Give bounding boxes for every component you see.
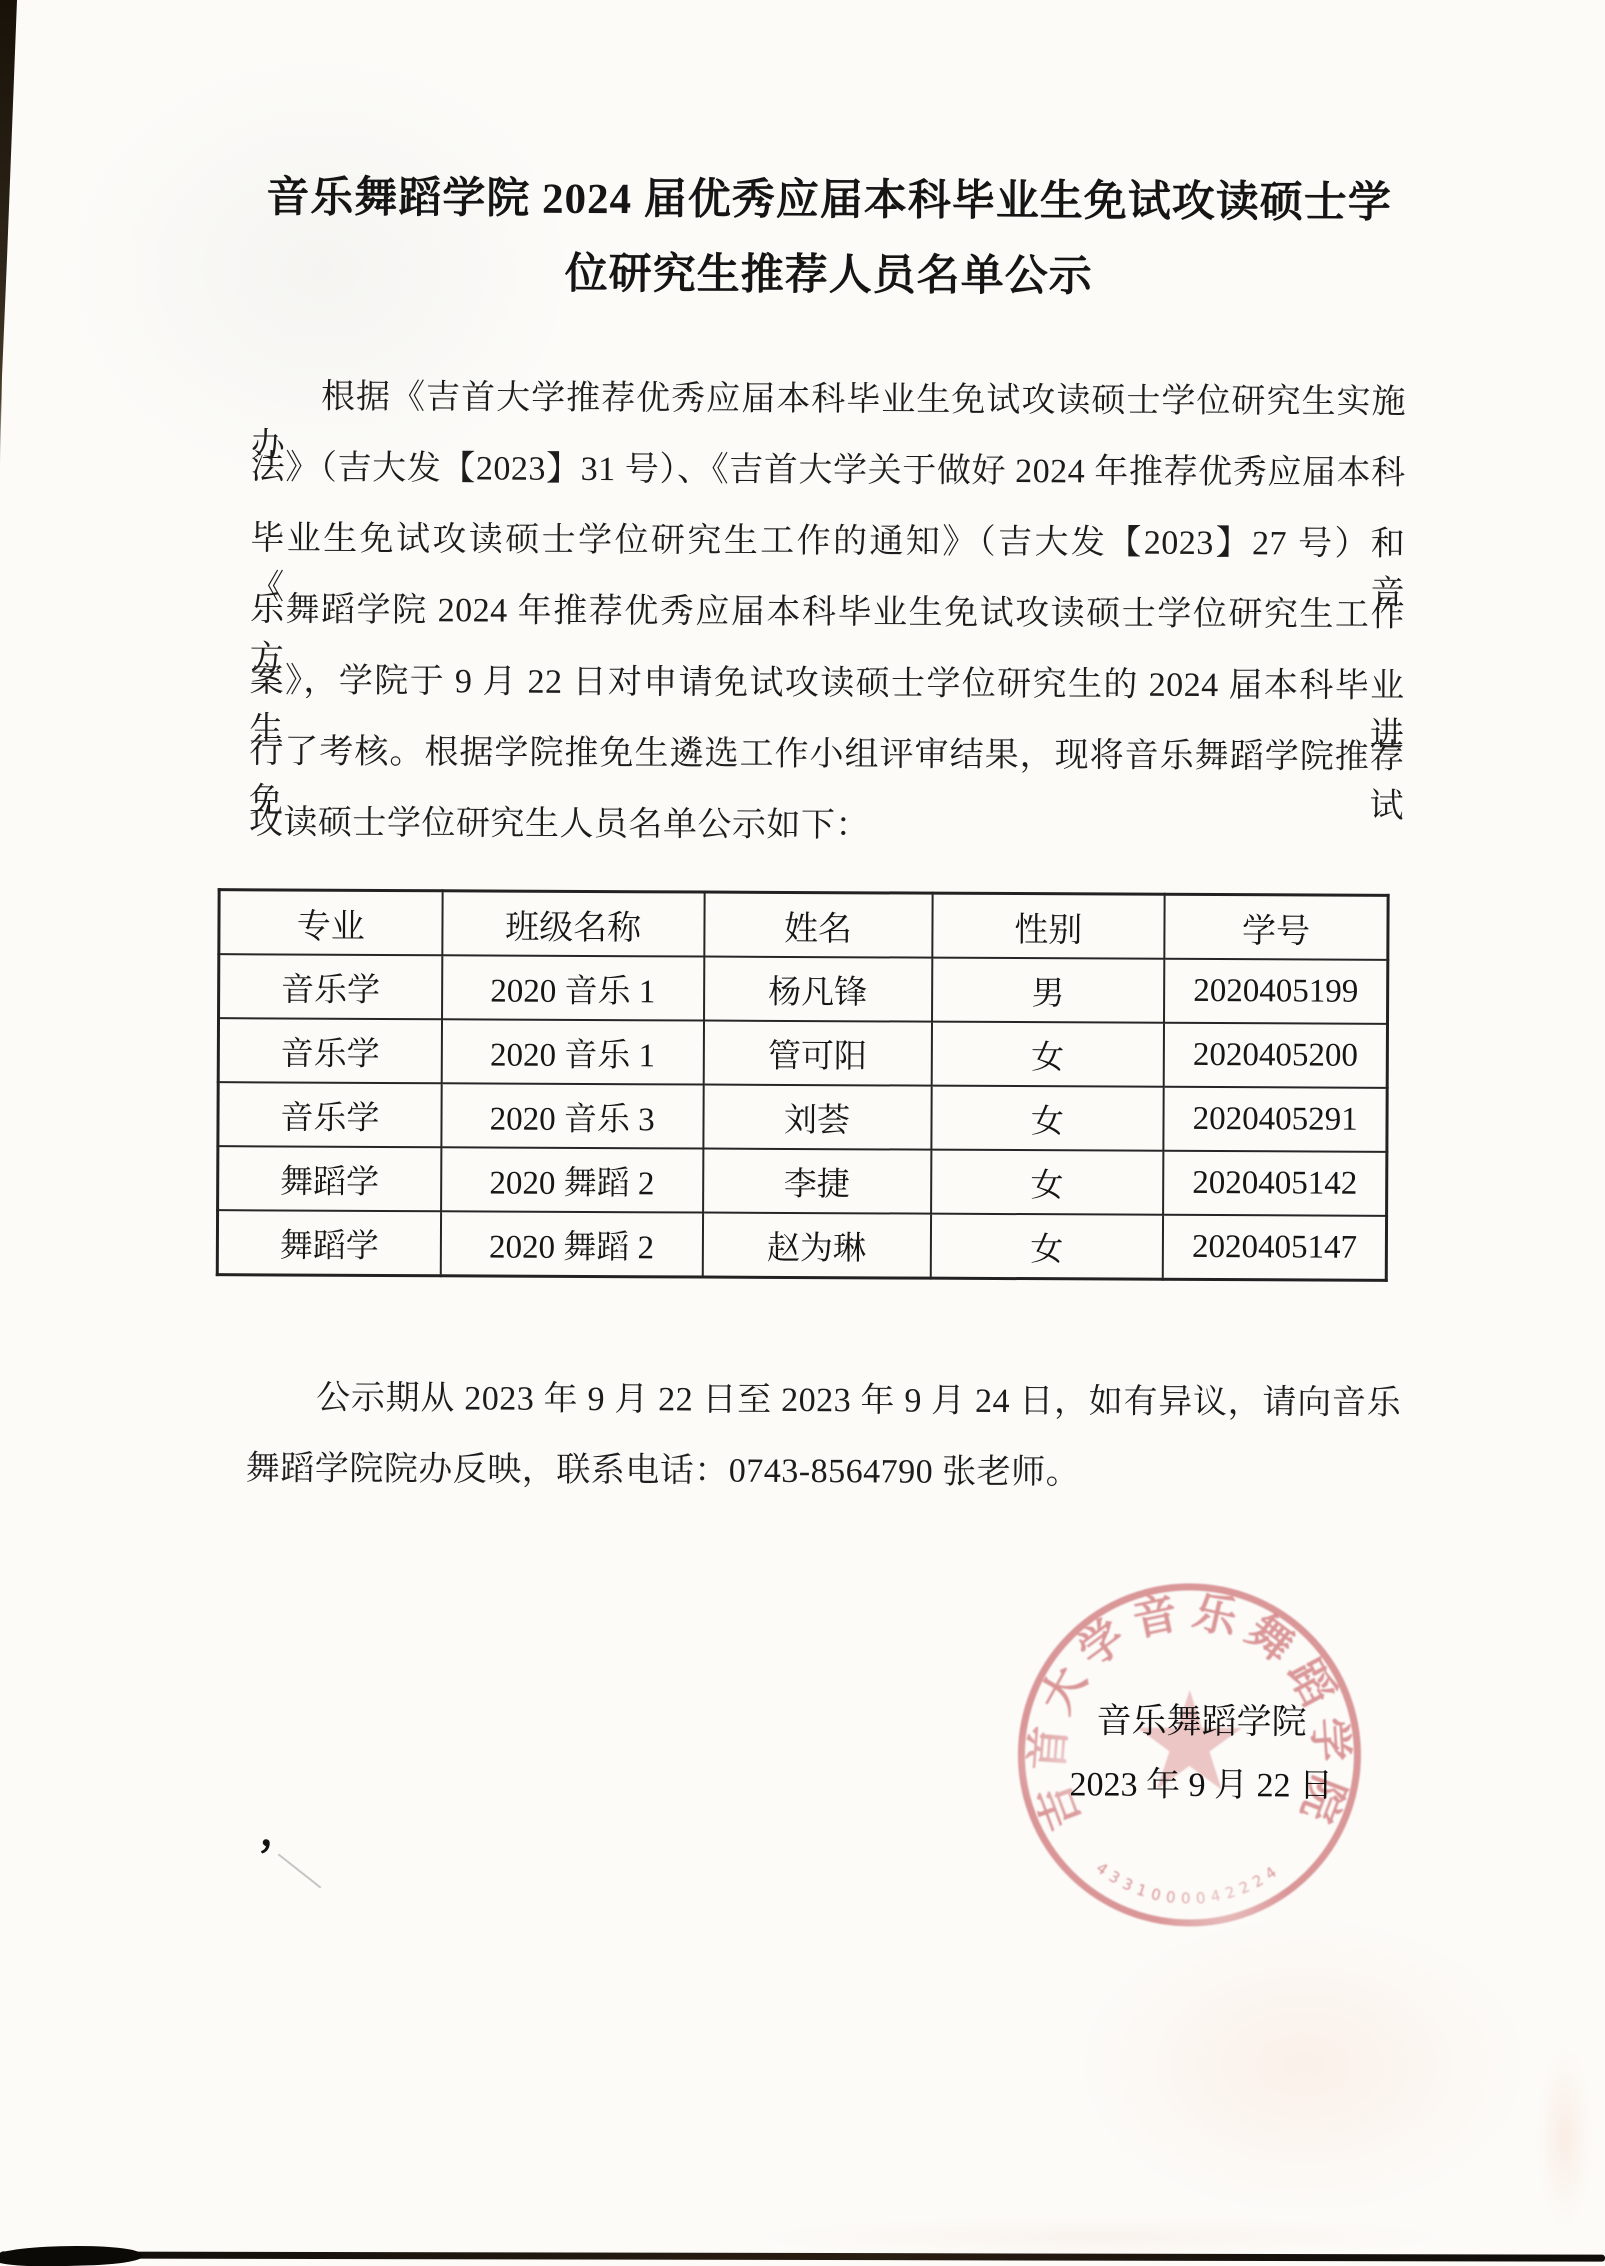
cell-gender: 女 (930, 1214, 1163, 1280)
cell-name: 杨凡锋 (704, 957, 932, 1022)
body-paragraph-line: 法》（吉大发【2023】31 号）、《吉首大学关于做好 2024 年推荐优秀应届… (251, 439, 1406, 494)
cell-name: 管可阳 (703, 1021, 931, 1086)
official-red-seal: 吉首大学音乐舞蹈学院 4331000042224 (988, 1554, 1390, 1956)
closing-paragraph-line: 舞蹈学院院办反映，联系电话：0743-8564790 张老师。 (246, 1440, 1401, 1495)
cell-student-id: 2020405147 (1163, 1215, 1387, 1281)
col-header-class: 班级名称 (442, 891, 704, 957)
scanned-document-page: 音乐舞蹈学院 2024 届优秀应届本科毕业生免试攻读硕士学 位研究生推荐人员名单… (0, 0, 1605, 2266)
table-row: 音乐学 2020 音乐 3 刘荟 女 2020405291 (218, 1082, 1387, 1152)
cell-name: 赵为琳 (702, 1213, 930, 1279)
cell-name: 刘荟 (703, 1085, 931, 1150)
cell-class: 2020 音乐 3 (441, 1083, 703, 1148)
signing-date: 2023 年 9 月 22 日 (991, 1756, 1411, 1807)
table-row: 舞蹈学 2020 舞蹈 2 赵为琳 女 2020405147 (217, 1210, 1386, 1280)
table-row: 舞蹈学 2020 舞蹈 2 李捷 女 2020405142 (218, 1146, 1387, 1216)
document-content: 音乐舞蹈学院 2024 届优秀应届本科毕业生免试攻读硕士学 位研究生推荐人员名单… (0, 0, 1605, 2266)
cell-major: 舞蹈学 (218, 1146, 442, 1211)
col-header-major: 专业 (219, 890, 443, 956)
cell-student-id: 2020405199 (1164, 959, 1388, 1024)
cell-student-id: 2020405291 (1164, 1087, 1388, 1152)
cell-name: 李捷 (703, 1149, 931, 1214)
svg-text:4331000042224: 4331000042224 (1093, 1859, 1285, 1908)
body-paragraph-line: 攻读硕士学位研究生人员名单公示如下： (249, 794, 1404, 849)
document-title-line1: 音乐舞蹈学院 2024 届优秀应届本科毕业生免试攻读硕士学 (249, 163, 1409, 230)
recommended-students-table: 专业 班级名称 姓名 性别 学号 音乐学 2020 音乐 1 杨凡锋 男 202… (216, 888, 1390, 1282)
cell-major: 音乐学 (218, 1018, 442, 1083)
col-header-student-id: 学号 (1165, 894, 1389, 960)
cell-student-id: 2020405142 (1163, 1151, 1387, 1216)
cell-class: 2020 音乐 1 (441, 1019, 703, 1084)
cell-gender: 女 (931, 1086, 1164, 1151)
closing-paragraph-line: 公示期从 2023 年 9 月 22 日至 2023 年 9 月 24 日，如有… (246, 1369, 1401, 1424)
stray-ink-mark: ， (258, 1797, 306, 1861)
cell-major: 音乐学 (218, 1082, 442, 1147)
cell-major: 音乐学 (219, 954, 443, 1019)
cell-major: 舞蹈学 (217, 1210, 441, 1276)
cell-student-id: 2020405200 (1164, 1023, 1388, 1088)
table-header-row: 专业 班级名称 姓名 性别 学号 (219, 890, 1388, 960)
document-title-line2: 位研究生推荐人员名单公示 (249, 238, 1409, 305)
col-header-gender: 性别 (932, 893, 1165, 959)
cell-gender: 女 (931, 1022, 1164, 1087)
seal-serial-number: 4331000042224 (1093, 1859, 1285, 1908)
table-row: 音乐学 2020 音乐 1 管可阳 女 2020405200 (218, 1018, 1387, 1088)
cell-class: 2020 舞蹈 2 (441, 1147, 703, 1212)
cell-class: 2020 舞蹈 2 (441, 1211, 703, 1277)
cell-class: 2020 音乐 1 (442, 955, 704, 1020)
cell-gender: 男 (932, 958, 1165, 1023)
col-header-name: 姓名 (704, 892, 932, 958)
table-row: 音乐学 2020 音乐 1 杨凡锋 男 2020405199 (219, 954, 1388, 1024)
signing-department: 音乐舞蹈学院 (991, 1693, 1411, 1745)
cell-gender: 女 (931, 1150, 1164, 1215)
